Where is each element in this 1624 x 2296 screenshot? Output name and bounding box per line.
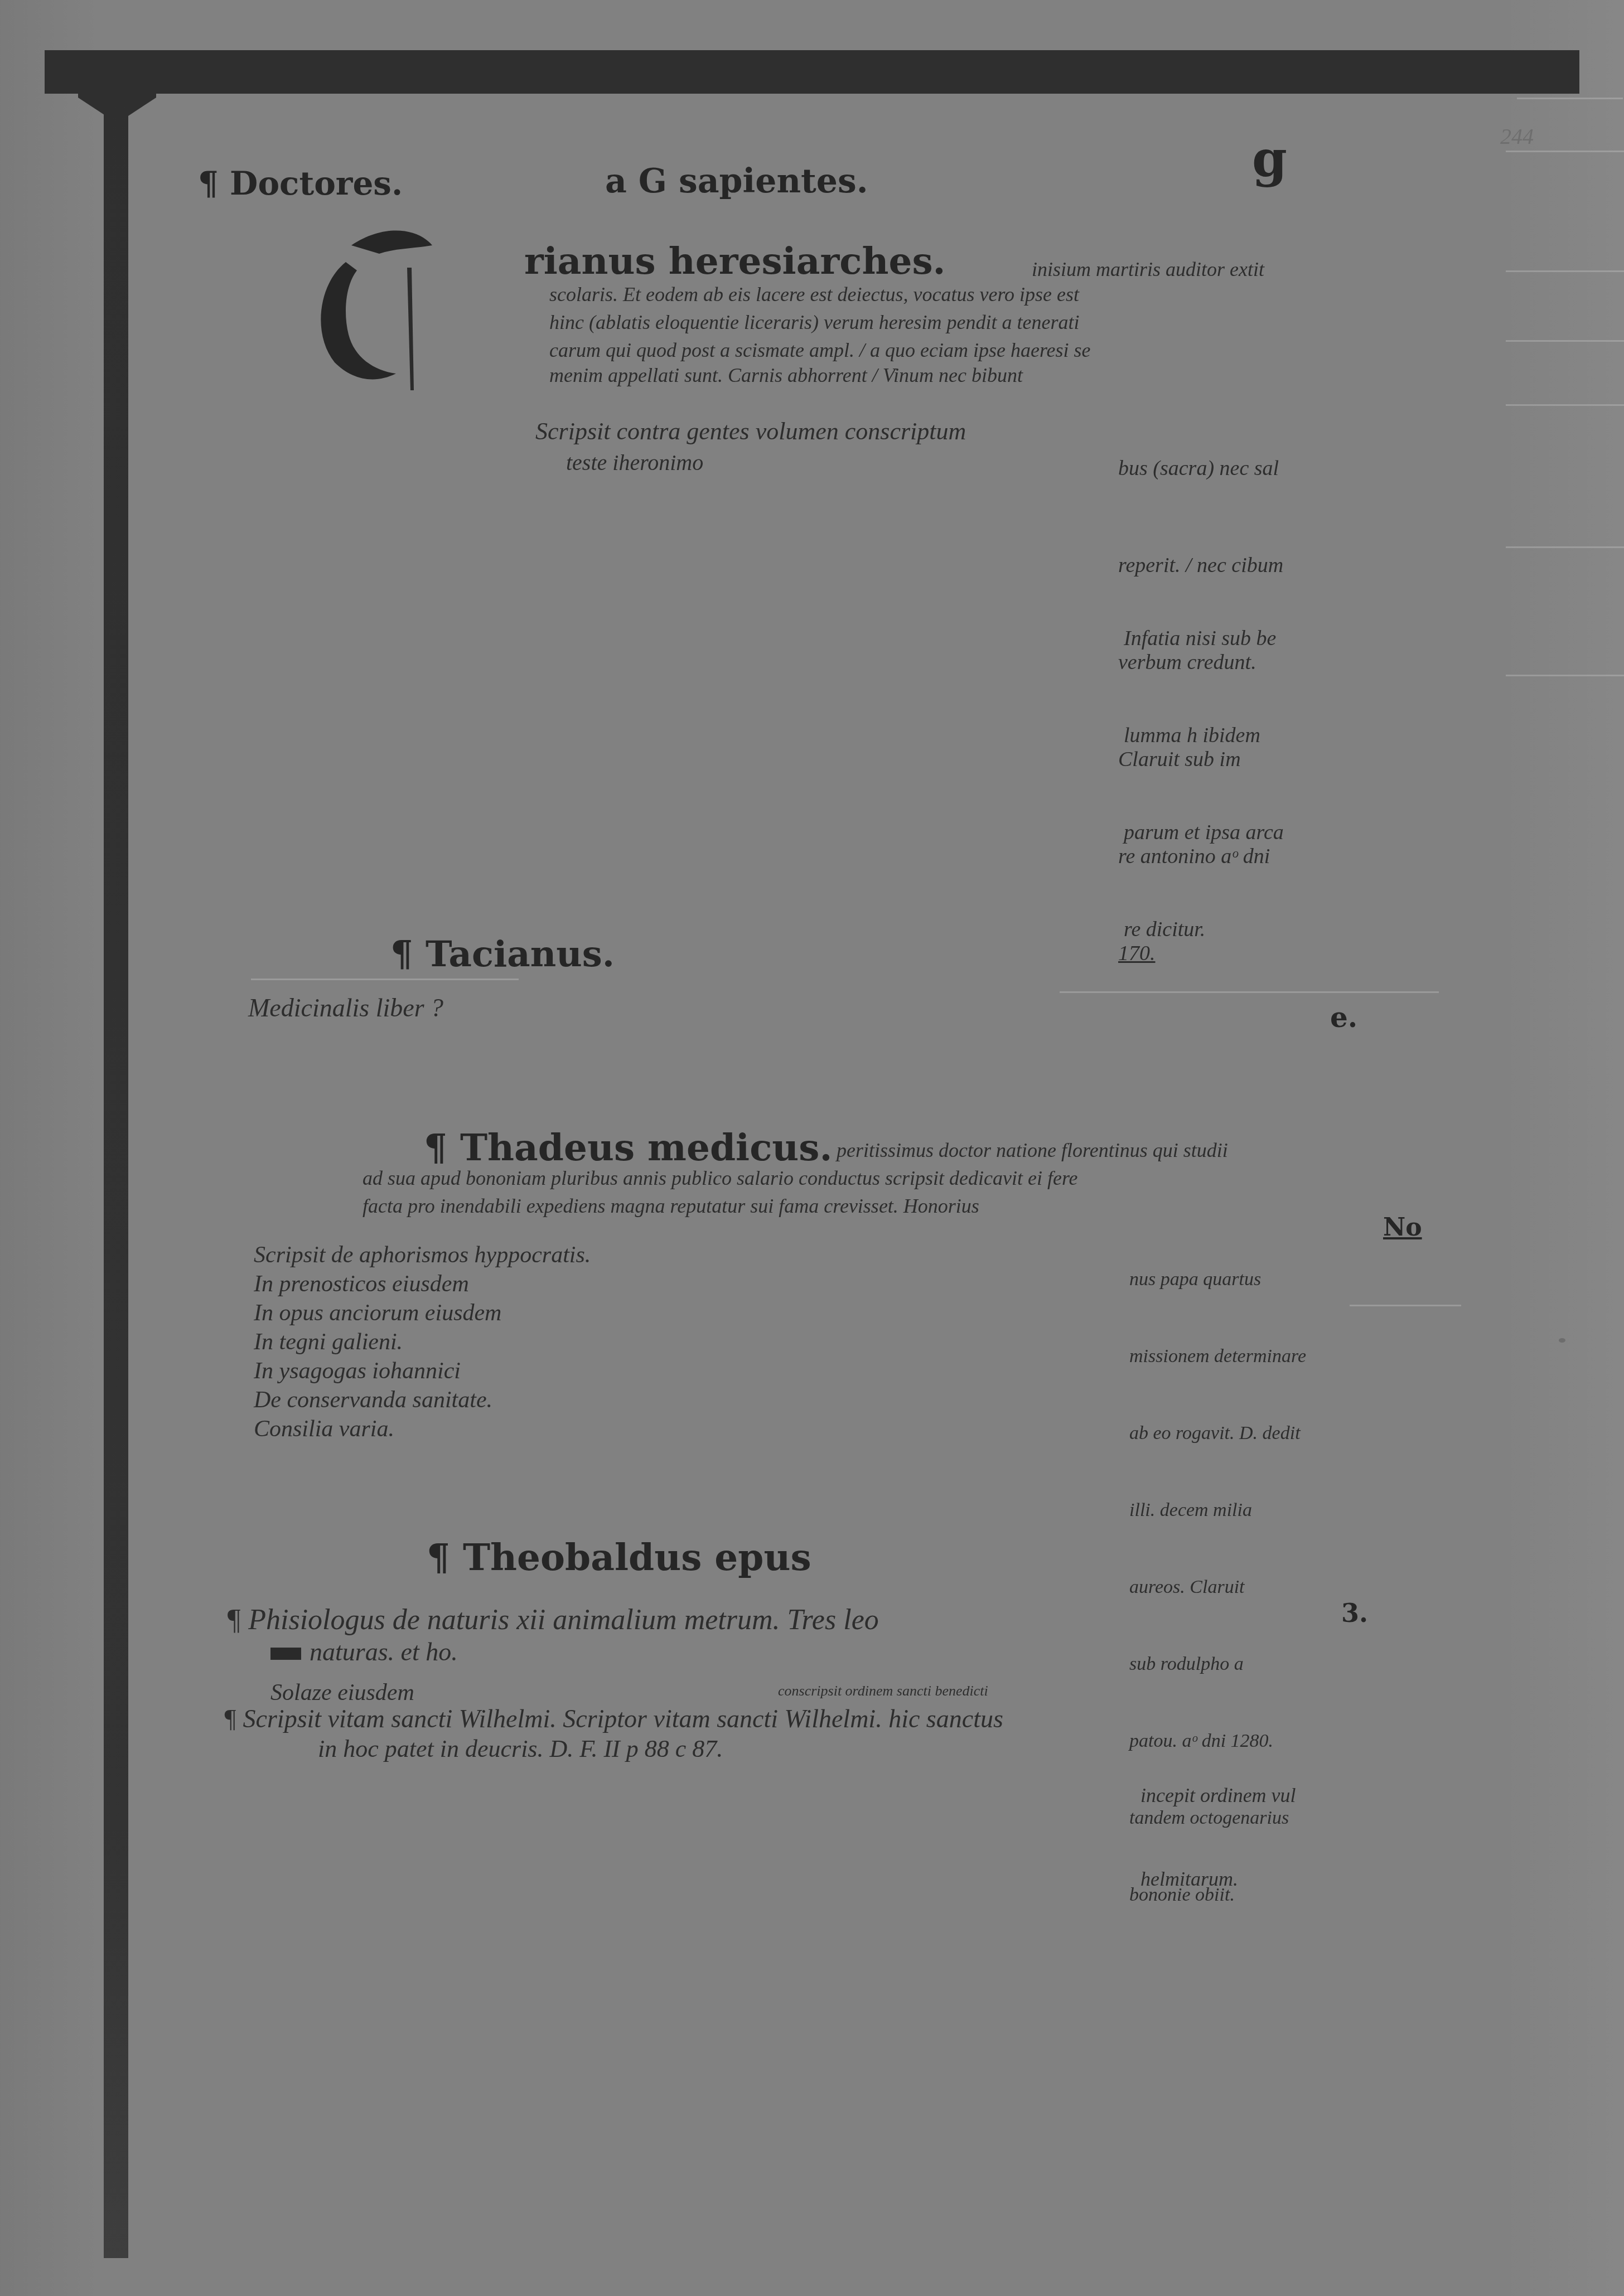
- arianus-scripsit-2: teste iheronimo: [566, 452, 703, 474]
- margin-line: re dicitur.: [1124, 913, 1284, 946]
- decorated-initial-A: [312, 223, 480, 390]
- scan-streak: [1506, 404, 1624, 406]
- theobaldus-interlinear-gloss: conscripsit ordinem sancti benedicti: [778, 1684, 988, 1698]
- works-item: In tegni galieni.: [254, 1328, 591, 1357]
- tacianus-line-1: Medicinalis liber ?: [248, 995, 443, 1021]
- margin-line: incepit ordinem vul: [1140, 1781, 1296, 1809]
- struck-word: [270, 1648, 301, 1660]
- arianus-line-5: menim appellati sunt. Carnis abhorrent /…: [549, 365, 1023, 385]
- theobaldus-sub-line-1: Solaze eiusdem: [270, 1681, 414, 1704]
- pencil-folio-number: 244: [1500, 125, 1534, 148]
- margin-line: parum et ipsa arca: [1124, 816, 1284, 849]
- theobaldus-margin-note: incepit ordinem vul helmitarum.: [1140, 1726, 1296, 1949]
- works-item: De conservanda sanitate.: [254, 1386, 591, 1415]
- arianus-line-2: scolaris. Et eodem ab eis lacere est dei…: [549, 284, 1079, 304]
- tacianus-margin-letter: e.: [1330, 1004, 1357, 1031]
- margin-line: aureos. Claruit: [1129, 1575, 1306, 1600]
- scan-streak: [1350, 1305, 1461, 1306]
- scan-streak: [1506, 675, 1624, 676]
- ink-spot: [1559, 1338, 1565, 1343]
- entry-heading-thadeus: ¶ Thadeus medicus.: [424, 1129, 832, 1166]
- margin-line: lumma h ibidem: [1124, 719, 1284, 752]
- theobaldus-outer-mark: 3.: [1341, 1600, 1368, 1626]
- works-item: Scripsit de aphorismos hyppocratis.: [254, 1241, 591, 1270]
- scan-streak: [1506, 151, 1624, 152]
- margin-line: helmitarum.: [1140, 1865, 1296, 1893]
- margin-line: illi. decem milia: [1129, 1498, 1306, 1523]
- thadeus-line-1: peritissimus doctor natione florentinus …: [837, 1140, 1228, 1160]
- scan-streak: [1517, 98, 1623, 99]
- thadeus-works-list: Scripsit de aphorismos hyppocratis. In p…: [254, 1241, 591, 1444]
- manuscript-page: 244 ¶ Doctores. a G sapientes. g rianus …: [0, 0, 1624, 2296]
- margin-line: missionem determinare: [1129, 1344, 1306, 1369]
- margin-line: ab eo rogavit. D. dedit: [1129, 1421, 1306, 1446]
- margin-line: sub rodulpho a: [1129, 1651, 1306, 1677]
- works-item: In ysagogas iohannici: [254, 1357, 591, 1386]
- thadeus-line-3: facta pro inendabili expediens magna rep…: [362, 1196, 979, 1216]
- arianus-scripsit: Scripsit contra gentes volumen conscript…: [535, 419, 966, 444]
- margin-line: nus papa quartus: [1129, 1267, 1306, 1292]
- entry-heading-arianus: rianus heresiarches.: [524, 243, 946, 279]
- margin-line: Infatia nisi sub be: [1124, 622, 1284, 655]
- works-item: In prenosticos eiusdem: [254, 1270, 591, 1299]
- arianus-line-3: hinc (ablatis eloquentie liceraris) veru…: [549, 312, 1079, 332]
- arianus-line-4: carum qui quod post a scismate ampl. / a…: [549, 340, 1091, 360]
- folio-mark: g: [1252, 134, 1287, 184]
- entry-heading-tacianus: ¶ Tacianus.: [390, 937, 615, 972]
- thadeus-outer-mark: No: [1383, 1215, 1422, 1240]
- works-item: Consilia varia.: [254, 1415, 591, 1444]
- theobaldus-line-1: ¶ Phisiologus de naturis xii animalium m…: [226, 1606, 879, 1635]
- theobaldus-sub-line-3: in hoc patet in deucris. D. F. II p 88 c…: [318, 1737, 723, 1761]
- arianus-line-1: inisium martiris auditor extit: [1032, 259, 1264, 279]
- running-title-center: a G sapientes.: [605, 164, 868, 198]
- scan-streak: [1506, 546, 1624, 548]
- works-item: In opus anciorum eiusdem: [254, 1299, 591, 1328]
- scan-streak: [1506, 340, 1624, 342]
- thadeus-line-2: ad sua apud bononiam pluribus annis publ…: [362, 1168, 1078, 1188]
- running-title-left: ¶ Doctores.: [198, 167, 403, 200]
- scan-streak: [1506, 270, 1624, 272]
- entry-heading-theobaldus: ¶ Theobaldus epus: [427, 1539, 811, 1576]
- theobaldus-line-2: naturas. et ho.: [310, 1639, 458, 1665]
- frame-left-bar: [104, 100, 128, 2258]
- margin-line: bus (sacra) nec sal: [1118, 452, 1283, 485]
- theobaldus-sub-line-2: ¶ Scripsit vitam sancti Wilhelmi. Script…: [223, 1706, 1003, 1732]
- scan-streak: [251, 979, 519, 980]
- frame-top-bar: [45, 50, 1579, 94]
- arianus-margin-note-2: Infatia nisi sub be lumma h ibidem parum…: [1124, 558, 1284, 1010]
